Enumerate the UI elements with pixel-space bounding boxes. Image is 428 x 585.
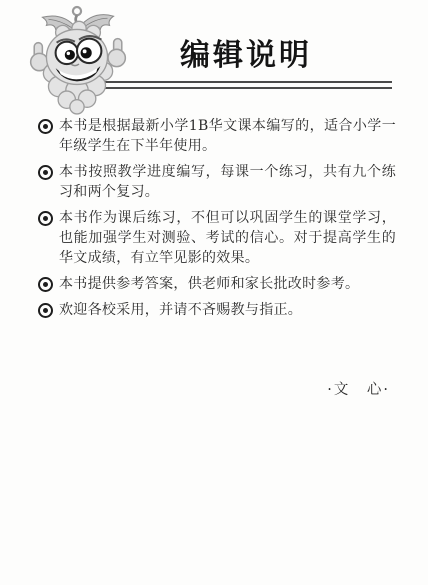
note-text: 本书提供参考答案，供老师和家长批改时参考。 xyxy=(59,274,396,294)
editorial-notes-list: 本书是根据最新小学1B华文课本编写的，适合小学一年级学生在下半年使用。 本书按照… xyxy=(38,116,396,326)
note-text: 欢迎各校采用，并请不吝赐教与指正。 xyxy=(59,300,396,320)
fisheye-bullet-icon xyxy=(38,277,53,292)
note-item: 本书作为课后练习，不但可以巩固学生的课堂学习，也能加强学生对测验、考试的信心。对… xyxy=(38,208,396,268)
fisheye-bullet-icon xyxy=(38,119,53,134)
fisheye-bullet-icon xyxy=(38,211,53,226)
title-double-rule xyxy=(92,81,392,89)
note-item: 本书提供参考答案，供老师和家长批改时参考。 xyxy=(38,274,396,294)
note-item: 本书是根据最新小学1B华文课本编写的，适合小学一年级学生在下半年使用。 xyxy=(38,116,396,156)
page-title: 编辑说明 xyxy=(100,38,392,74)
note-text: 本书按照教学进度编写，每课一个练习，共有九个练习和两个复习。 xyxy=(59,162,396,202)
author-signature: ·文 心· xyxy=(327,380,390,400)
fisheye-bullet-icon xyxy=(38,303,53,318)
book-page: 编辑说明 本书是根据最新小学1B华文课本编写的，适合小学一年级学生在下半年使用。… xyxy=(0,0,428,585)
note-item: 欢迎各校采用，并请不吝赐教与指正。 xyxy=(38,300,396,320)
fisheye-bullet-icon xyxy=(38,165,53,180)
note-text: 本书是根据最新小学1B华文课本编写的，适合小学一年级学生在下半年使用。 xyxy=(59,116,396,156)
note-text: 本书作为课后练习，不但可以巩固学生的课堂学习，也能加强学生对测验、考试的信心。对… xyxy=(59,208,396,268)
grape-mascot-icon xyxy=(22,4,134,116)
note-item: 本书按照教学进度编写，每课一个练习，共有九个练习和两个复习。 xyxy=(38,162,396,202)
